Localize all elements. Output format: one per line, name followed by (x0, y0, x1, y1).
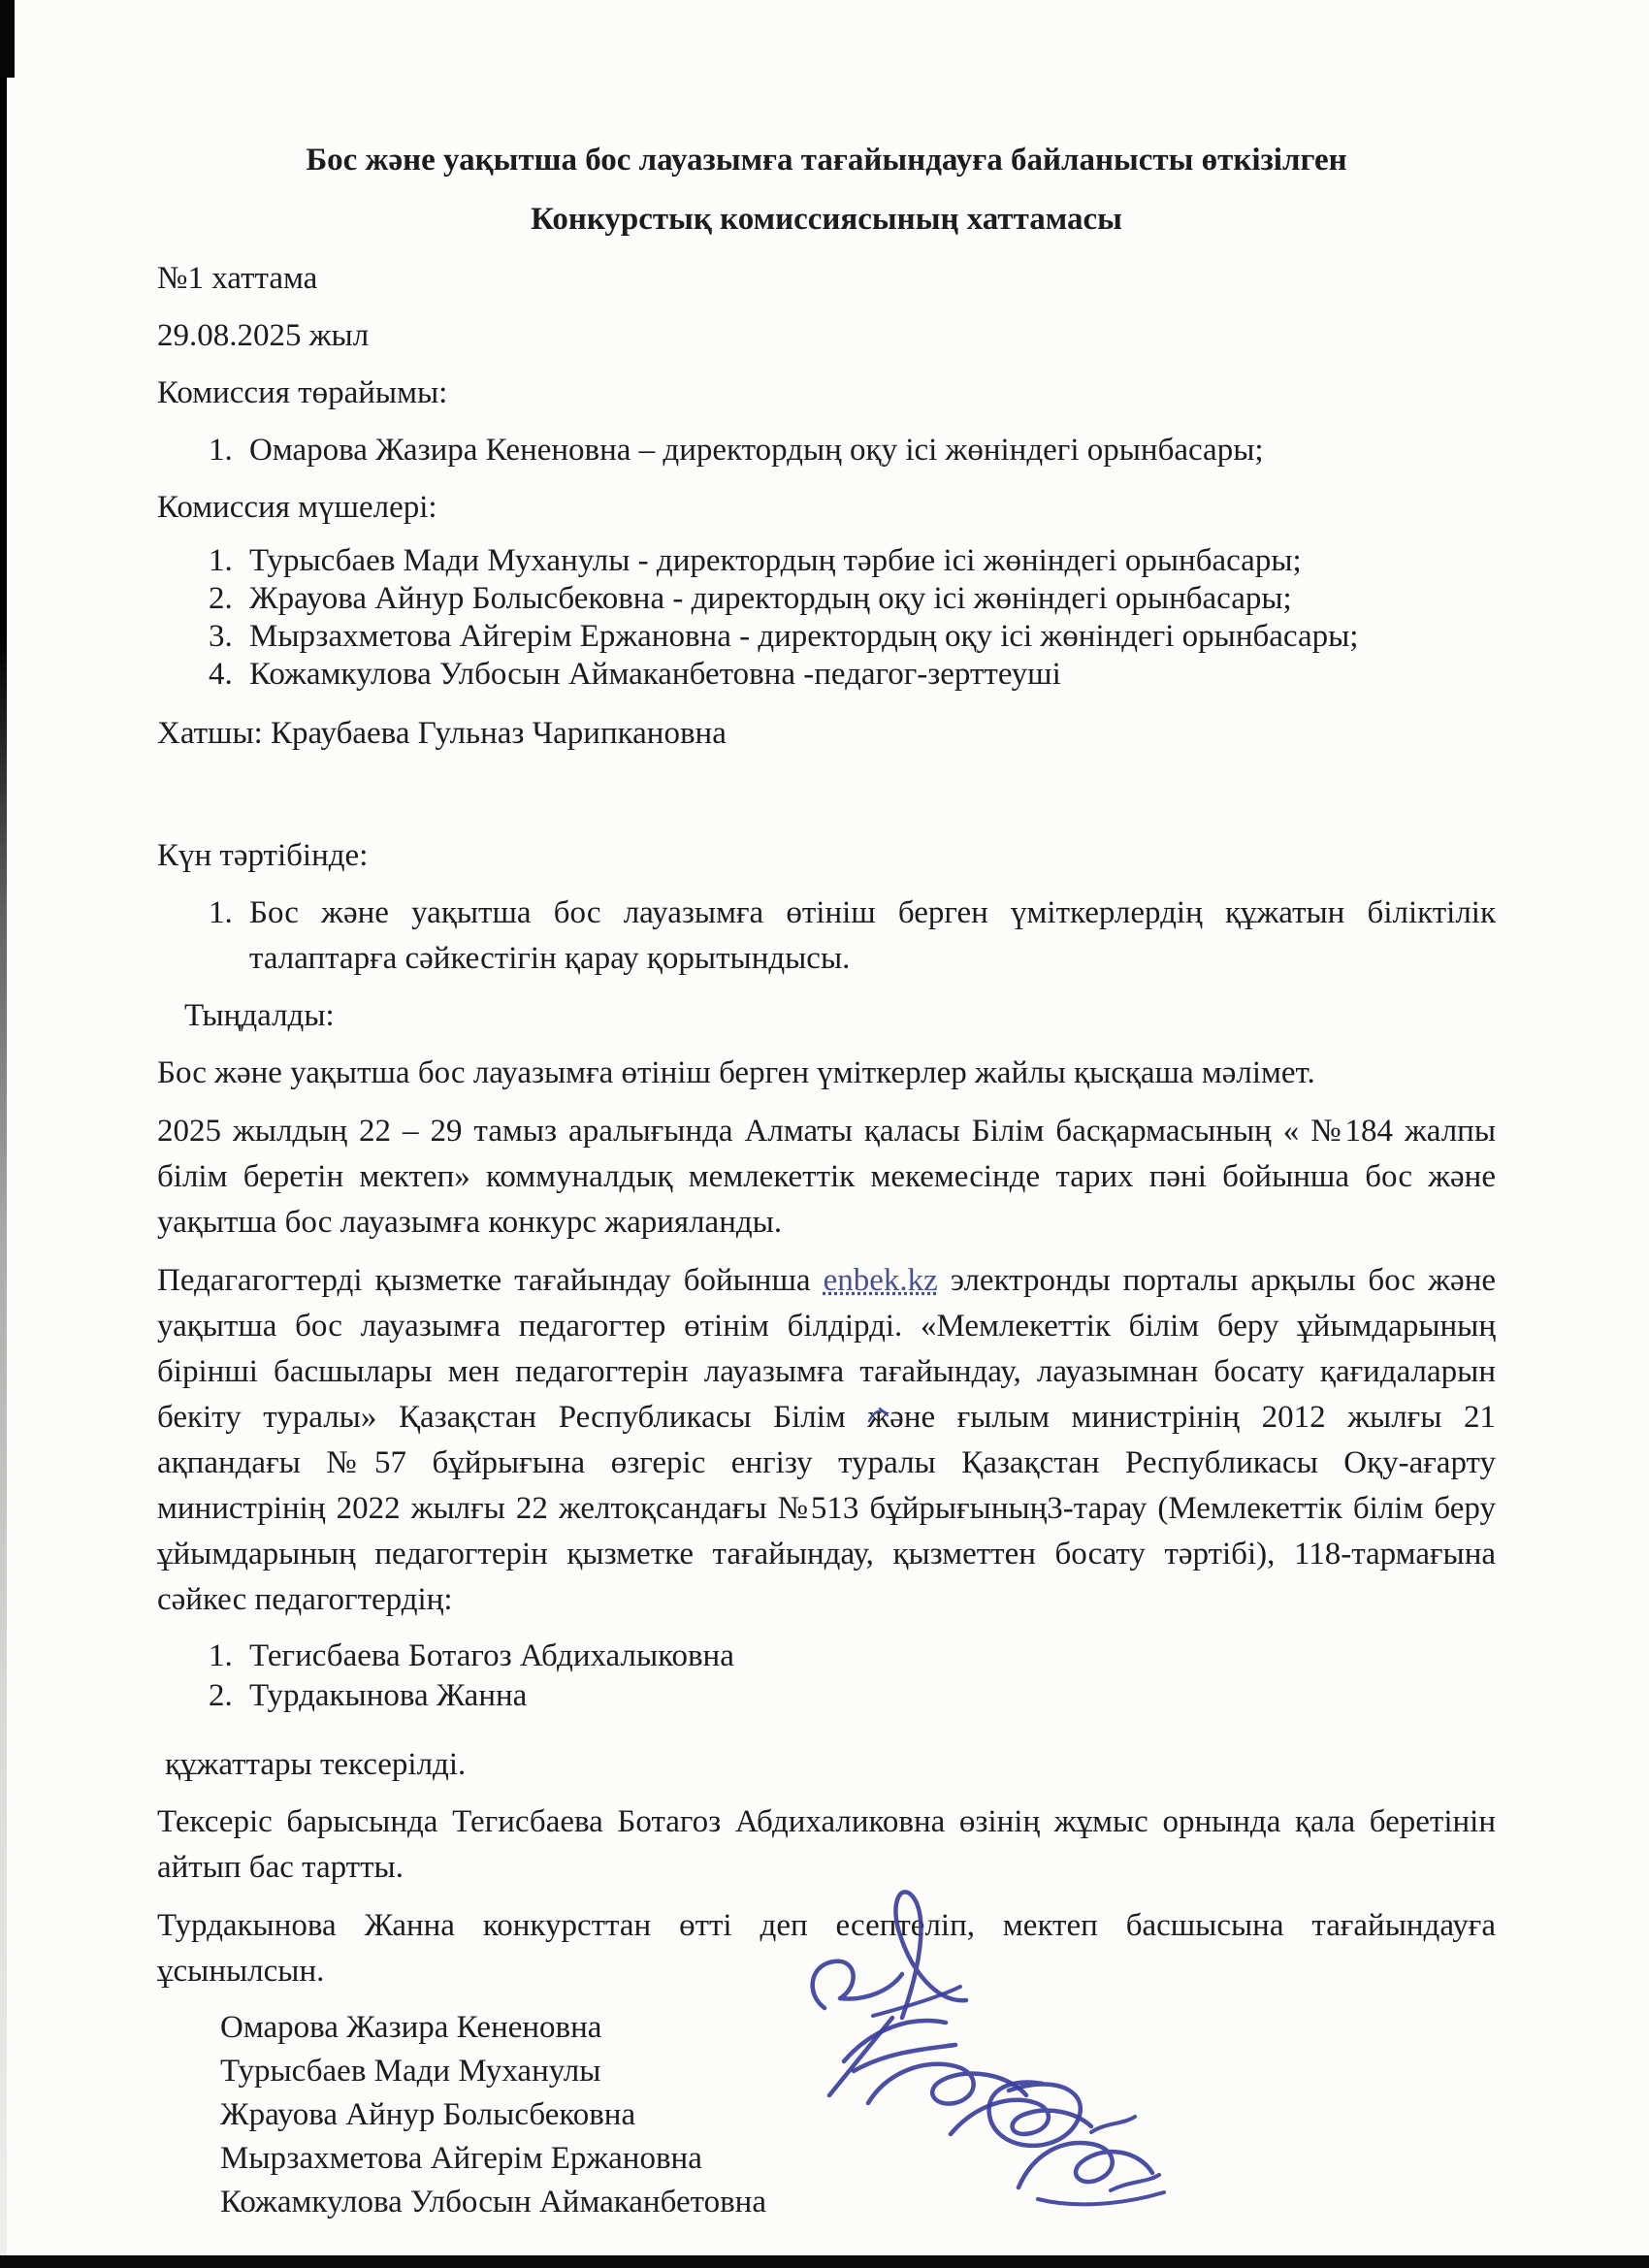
scan-corner-artifact (0, 0, 15, 78)
list-number: 3. (209, 618, 249, 656)
protocol-number: №1 хаттама (157, 256, 1496, 301)
member-item: 4. Кожамкулова Улбосын Аймаканбетовна -п… (157, 656, 1496, 694)
signatory-name: Кожамкулова Улбосын Аймаканбетовна (220, 2181, 1496, 2224)
members-list: 1. Турысбаев Мади Муханулы - директордың… (157, 542, 1496, 694)
list-number: 4. (209, 656, 249, 694)
agenda-heading: Күн тәртібінде: (157, 833, 1496, 878)
enbek-link[interactable]: enbek.kz (824, 1263, 938, 1298)
signatory-name: Мырзахметова Айгерім Ержановна (220, 2137, 1496, 2181)
agenda-list: 1. Бос және уақытша бос лауазымға өтініш… (157, 891, 1496, 982)
portal-text-before: Педагагогтерді қызметке тағайындау бойын… (157, 1263, 811, 1298)
decision-paragraph: Турдакынова Жанна конкурсттан өтті деп е… (157, 1903, 1496, 1994)
candidate-name: Турдакынова Жанна (249, 1676, 527, 1716)
members-heading: Комиссия мүшелері: (157, 485, 1496, 530)
list-number: 2. (209, 1676, 249, 1716)
secretary-line: Хатшы: Краубаева Гульназ Чарипкановна (157, 711, 1496, 756)
chair-name: Омарова Жазира Кененовна – директордың о… (249, 428, 1264, 472)
announcement-paragraph: 2025 жылдың 22 – 29 тамыз аралығында Алм… (157, 1109, 1496, 1246)
signatories-block: Омарова Жазира Кененовна Турысбаев Мади … (157, 2006, 1496, 2224)
chair-item: 1. Омарова Жазира Кененовна – директорды… (157, 428, 1496, 472)
candidate-name: Тегисбаева Ботагоз Абдихалыковна (249, 1636, 734, 1676)
list-number: 1. (209, 891, 249, 982)
signatory-name: Омарова Жазира Кененовна (220, 2006, 1496, 2050)
pen-mark-icon (866, 1405, 891, 1426)
chair-heading: Комиссия төрайымы: (157, 371, 1496, 415)
agenda-text: Бос және уақытша бос лауазымға өтініш бе… (249, 891, 1496, 982)
signatory-name: Жрауова Айнур Болысбековна (220, 2093, 1496, 2137)
signatory-name: Турысбаев Мади Муханулы (220, 2050, 1496, 2093)
heard-text: Бос және уақытша бос лауазымға өтініш бе… (157, 1051, 1496, 1096)
member-name: Жрауова Айнур Болысбековна - директордың… (249, 580, 1292, 618)
refusal-paragraph: Тексеріс барысында Тегисбаева Ботагоз Аб… (157, 1799, 1496, 1891)
list-number: 1. (209, 428, 249, 472)
scan-edge-left (0, 0, 7, 2268)
portal-paragraph: Педагагогтерді қызметке тағайындау бойын… (157, 1258, 1496, 1623)
member-item: 3. Мырзахметова Айгерім Ержановна - дире… (157, 618, 1496, 656)
docs-checked-line: құжаттары тексерілді. (157, 1742, 1496, 1787)
scanned-protocol-page: Бос және уақытша бос лауазымға тағайында… (0, 0, 1649, 2268)
agenda-item: 1. Бос және уақытша бос лауазымға өтініш… (157, 891, 1496, 982)
candidates-list: 1. Тегисбаева Ботагоз Абдихалыковна 2. Т… (157, 1636, 1496, 1716)
member-name: Кожамкулова Улбосын Аймаканбетовна -педа… (249, 656, 1061, 694)
member-item: 2. Жрауова Айнур Болысбековна - директор… (157, 580, 1496, 618)
candidate-item: 2. Турдакынова Жанна (157, 1676, 1496, 1716)
list-number: 1. (209, 542, 249, 580)
portal-text-after: электронды порталы арқылы бос және уақыт… (157, 1263, 1496, 1617)
scan-edge-bottom (0, 2255, 1649, 2268)
heard-heading: Тыңдалды: (157, 993, 1496, 1038)
list-number: 1. (209, 1636, 249, 1676)
member-item: 1. Турысбаев Мади Муханулы - директордың… (157, 542, 1496, 580)
document-title-line1: Бос және уақытша бос лауазымға тағайында… (157, 138, 1496, 182)
document-title-line2: Конкурстық комиссиясының хаттамасы (157, 197, 1496, 242)
protocol-date: 29.08.2025 жыл (157, 313, 1496, 358)
list-number: 2. (209, 580, 249, 618)
member-name: Турысбаев Мади Муханулы - директордың тә… (249, 542, 1302, 580)
candidate-item: 1. Тегисбаева Ботагоз Абдихалыковна (157, 1636, 1496, 1676)
member-name: Мырзахметова Айгерім Ержановна - директо… (249, 618, 1358, 656)
document-content: Бос және уақытша бос лауазымға тағайында… (157, 138, 1496, 2224)
